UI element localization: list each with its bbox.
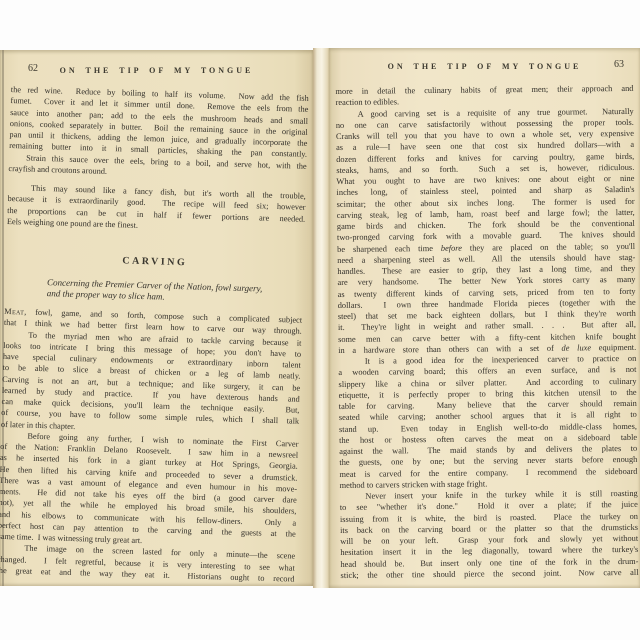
book-spine-gutter — [313, 48, 329, 588]
book-page-right: ON THE TIP OF MY TONGUE 63 more in detai… — [329, 48, 640, 588]
open-book-photo: 62 ON THE TIP OF MY TONGUE the red wine.… — [0, 0, 640, 640]
book-page-left: 62 ON THE TIP OF MY TONGUE the red wine.… — [0, 50, 313, 586]
page-body: more in detail the culinary habits of gr… — [335, 83, 638, 581]
paragraph: This may sound like a fancy dish, but it… — [7, 182, 306, 236]
paragraph: It is a good idea for the inexperienced … — [338, 353, 637, 491]
page-header-left: 62 ON THE TIP OF MY TONGUE — [0, 50, 313, 80]
paragraph: the red wine. Reduce by boiling to half … — [8, 84, 309, 183]
screenshot: 62 ON THE TIP OF MY TONGUE the red wine.… — [0, 0, 640, 640]
paragraph: more in detail the culinary habits of gr… — [335, 83, 633, 109]
running-title-left: ON THE TIP OF MY TONGUE — [0, 66, 313, 75]
page-body: the red wine. Reduce by boiling to half … — [0, 84, 309, 585]
paragraph: Meat, fowl, game, and so forth, compose … — [1, 306, 303, 439]
page-header-right: ON THE TIP OF MY TONGUE 63 — [329, 48, 640, 78]
epigraph: Concerning the Premier Carver of the Nat… — [47, 277, 290, 305]
page-number-right: 63 — [614, 59, 624, 70]
running-title-right: ON THE TIP OF MY TONGUE — [329, 62, 640, 71]
paragraph: Never insert your knife in the turkey wh… — [340, 488, 639, 581]
paragraph: A good carving set is a requisite of any… — [336, 105, 637, 356]
paragraph: Before going any further, I wish to nomi… — [0, 430, 299, 551]
chapter-heading: CARVING — [6, 252, 304, 272]
text-line: stick; the other tine should pierce the … — [340, 567, 638, 581]
